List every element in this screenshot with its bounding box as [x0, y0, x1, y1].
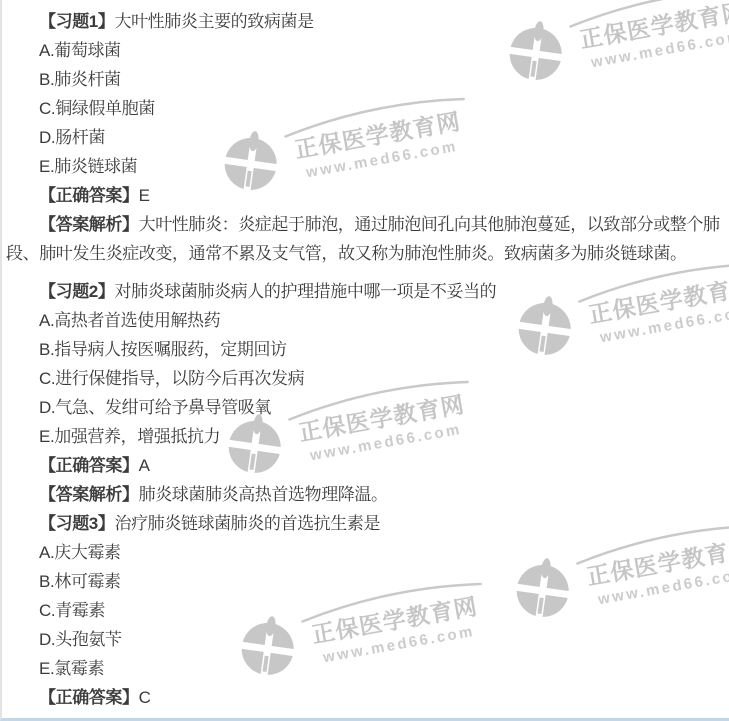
line-head: 【习题1】: [39, 12, 114, 31]
doc-line: 【正确答案】C: [6, 683, 725, 712]
line-text: C: [139, 688, 151, 707]
doc-line: C.青霉素: [6, 596, 725, 625]
line-text: B.指导病人按医嘱服药，定期回访: [39, 340, 287, 359]
doc-line: 【习题1】大叶性肺炎主要的致病菌是: [6, 7, 725, 36]
line-text: 肺炎球菌肺炎高热首选物理降温。: [139, 485, 388, 504]
doc-line: D.肠杆菌: [6, 123, 725, 152]
doc-line: A.葡萄球菌: [6, 36, 725, 65]
line-text: C.进行保健指导，以防今后再次发病: [39, 369, 304, 388]
line-text: A.庆大霉素: [39, 543, 121, 562]
doc-line: 【正确答案】E: [6, 181, 725, 210]
line-text: E.氯霉素: [39, 659, 104, 678]
line-text: A: [139, 456, 150, 475]
doc-line: E.加强营养，增强抵抗力: [6, 422, 725, 451]
line-text: 对肺炎球菌肺炎病人的护理措施中哪一项是不妥当的: [114, 282, 496, 301]
line-head: 【习题2】: [39, 282, 114, 301]
doc-line: B.指导病人按医嘱服药，定期回访: [6, 335, 725, 364]
document-page: 正保医学教育网 www.med66.com 正保医学教育网 www.med66.…: [0, 0, 729, 721]
line-text: C.青霉素: [39, 601, 105, 620]
line-head: 【答案解析】: [39, 215, 139, 234]
doc-line: C.铜绿假单胞菌: [6, 94, 725, 123]
line-text: E.加强营养，增强抵抗力: [39, 427, 220, 446]
doc-line: E.氯霉素: [6, 654, 725, 683]
doc-line: 【答案解析】大叶性肺炎：炎症起于肺泡，通过肺泡间孔向其他肺泡蔓延，以致部分或整个…: [6, 210, 725, 268]
line-text: C.铜绿假单胞菌: [39, 99, 155, 118]
doc-line: C.进行保健指导，以防今后再次发病: [6, 364, 725, 393]
document-body: 【习题1】大叶性肺炎主要的致病菌是 A.葡萄球菌 B.肺炎杆菌 C.铜绿假单胞菌…: [2, 0, 729, 712]
line-text: B.肺炎杆菌: [39, 70, 121, 89]
line-text: A.葡萄球菌: [39, 41, 121, 60]
doc-line: A.庆大霉素: [6, 538, 725, 567]
line-text: D.头孢氨苄: [39, 630, 122, 649]
doc-line: B.林可霉素: [6, 567, 725, 596]
line-text: E: [139, 186, 150, 205]
line-text: B.林可霉素: [39, 572, 121, 591]
doc-line: B.肺炎杆菌: [6, 65, 725, 94]
line-head: 【正确答案】: [39, 688, 139, 707]
line-head: 【答案解析】: [39, 485, 139, 504]
doc-line: 【正确答案】A: [6, 451, 725, 480]
doc-line: D.头孢氨苄: [6, 625, 725, 654]
line-head: 【正确答案】: [39, 186, 139, 205]
doc-line: 【习题2】对肺炎球菌肺炎病人的护理措施中哪一项是不妥当的: [6, 277, 725, 306]
line-text: E.肺炎链球菌: [39, 157, 137, 176]
line-head: 【习题3】: [39, 514, 114, 533]
line-text: D.肠杆菌: [39, 128, 105, 147]
doc-line: 【习题3】治疗肺炎链球菌肺炎的首选抗生素是: [6, 509, 725, 538]
line-head: 【正确答案】: [39, 456, 139, 475]
doc-line: 【答案解析】肺炎球菌肺炎高热首选物理降温。: [6, 480, 725, 509]
line-text: 大叶性肺炎主要的致病菌是: [114, 12, 313, 31]
line-text: 治疗肺炎链球菌肺炎的首选抗生素是: [114, 514, 380, 533]
doc-line: D.气急、发绀可给予鼻导管吸氧: [6, 393, 725, 422]
doc-line: A.高热者首选使用解热药: [6, 306, 725, 335]
line-text: A.高热者首选使用解热药: [39, 311, 220, 330]
line-text: D.气急、发绀可给予鼻导管吸氧: [39, 398, 271, 417]
doc-line: E.肺炎链球菌: [6, 152, 725, 181]
